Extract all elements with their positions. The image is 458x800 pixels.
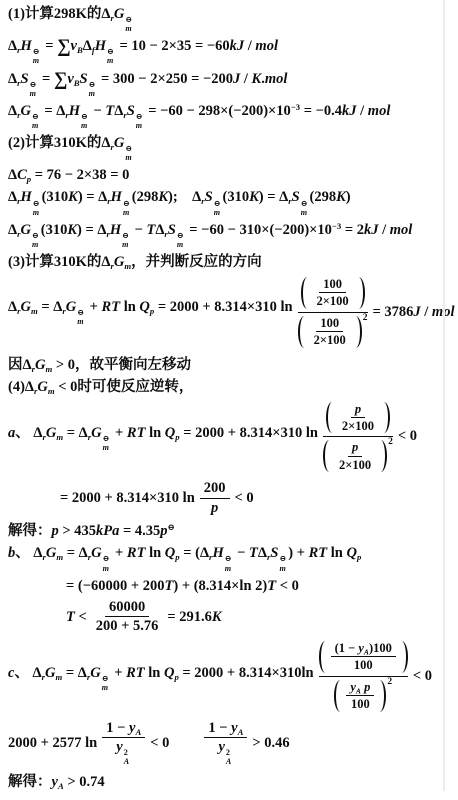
step4-heading: (4)ΔrGm < 0时可使反应逆转， [8,378,452,396]
fraction-bar [298,312,368,313]
right-paren [377,680,386,712]
exponent: 2 [363,313,368,323]
fraction-numerator: 1002×100 [301,277,365,309]
equation-lhs: ΔrGm = ΔrG⊖m + RT ln Qp = 2000 + 8.314×3… [8,299,293,326]
solution-document: (1)计算298K的ΔrG⊖m ΔrH⊖m = ∑νBΔfH⊖m = 10 − … [0,0,458,791]
step2-heading: (2)计算310K的ΔrG⊖m [8,134,452,162]
right-paren [353,316,362,348]
right-paren [399,641,408,673]
equation-rhs: < 0 [413,668,432,685]
eq-case-a-simplified: = 2000 + 8.314×310 ln 200p < 0 [60,480,452,516]
left-paren [326,402,335,434]
eq-gibbs-reaction-310: ΔrGm = ΔrG⊖m + RT ln Qp = 2000 + 8.314×3… [8,277,452,348]
equation-rhs: < 0 [398,428,417,445]
conclusion-equilibrium-shift: 因ΔrGm > 0，故平衡向左移动 [8,356,452,374]
equation-lhs: a、 ΔrGm = ΔrG⊖m + RT ln Qp = 2000 + 8.31… [8,421,318,452]
heading-text: (3)计算310K的ΔrGm，并判断反应的方向 [8,253,262,271]
fraction-denominator: yA p1002 [334,680,392,712]
eq-case-c-simplified: 2000 + 2577 ln 1 − yAy2A < 0 1 − yAy2A >… [8,720,452,767]
equation-text: ΔrS⊖m = ∑νBS⊖m = 300 − 2×250 = −200J / K… [8,70,287,98]
q-ratio-fraction: p2×100 p2×1002 [323,402,393,473]
right-paren [378,440,387,472]
equation-lhs: c、 ΔrGm = ΔrG⊖m + RT ln Qp = 2000 + 8.31… [8,661,314,692]
fraction-bar [319,676,408,677]
step3-heading: (3)计算310K的ΔrGm，并判断反应的方向 [8,253,452,271]
heading-text: (1)计算298K的ΔrG⊖m [8,5,134,33]
q-ratio-fraction: (1 − yA)100100 yA p1002 [319,641,408,712]
fraction-denominator: 1002×1002 [298,316,368,348]
heading-text: (2)计算310K的ΔrG⊖m [8,134,134,162]
case-a-solution: 解得：p > 435kPa = 4.35p⊖ [8,522,452,540]
eq-case-c: c、 ΔrGm = ΔrG⊖m + RT ln Qp = 2000 + 8.31… [8,641,452,712]
step1-heading: (1)计算298K的ΔrG⊖m [8,5,452,33]
inline-fraction: 60000200 + 5.76 [92,599,163,635]
equation-text: ΔrH⊖m = ∑νBΔfH⊖m = 10 − 2×35 = −60kJ / m… [8,37,278,65]
eq-case-b: b、 ΔrGm = ΔrG⊖m + RT ln Qp = (ΔrH⊖m − TΔ… [8,544,452,572]
inline-fraction: 200p [200,480,230,516]
eq-gibbs-298: ΔrG⊖m = ΔrH⊖m − TΔrS⊖m = −60 − 298×(−200… [8,102,452,130]
exponent: 2 [388,437,393,447]
eq-case-b-temperature: T < 60000200 + 5.76 = 291.6K [66,599,452,635]
left-paren [301,277,310,309]
fraction-numerator: (1 − yA)100100 [319,641,408,673]
fraction-denominator: p2×1002 [323,440,393,472]
left-paren [319,641,328,673]
fraction-bar [323,436,393,437]
eq-case-a: a、 ΔrGm = ΔrG⊖m + RT ln Qp = 2000 + 8.31… [8,402,452,473]
equation-text: ΔrH⊖m(310K) = ΔrH⊖m(298K); ΔrS⊖m(310K) =… [8,188,351,216]
fraction-numerator: p2×100 [326,402,390,434]
eq-gibbs-310: ΔrG⊖m(310K) = ΔrH⊖m − TΔrS⊖m = −60 − 310… [8,221,452,249]
equation-text: ΔrG⊖m = ΔrH⊖m − TΔrS⊖m = −60 − 298×(−200… [8,102,390,130]
equation-text: ΔrG⊖m(310K) = ΔrH⊖m − TΔrS⊖m = −60 − 310… [8,221,412,249]
right-paren [356,277,365,309]
equation-rhs: = 3786J / mol > 0 [373,304,458,321]
left-paren [334,680,343,712]
left-paren [298,316,307,348]
case-c-solution: 解得：yA > 0.74 [8,773,452,791]
eq-case-b-expanded: = (−60000 + 200T) + (8.314×ln 2)T < 0 [66,577,452,595]
left-paren [323,440,332,472]
inline-fraction: 1 − yAy2A [102,720,145,767]
eq-delta-cp: ΔCp = 76 − 2×38 = 0 [8,166,452,184]
exponent: 2 [387,677,392,687]
equation-text: ΔCp = 76 − 2×38 = 0 [8,166,129,184]
eq-entropy-298: ΔrS⊖m = ∑νBS⊖m = 300 − 2×250 = −200J / K… [8,70,452,98]
inline-fraction: 1 − yAy2A [204,720,247,767]
eq-enthalpy-298: ΔrH⊖m = ∑νBΔfH⊖m = 10 − 2×35 = −60kJ / m… [8,37,452,65]
eq-kirchhoff: ΔrH⊖m(310K) = ΔrH⊖m(298K); ΔrS⊖m(310K) =… [8,188,452,216]
right-paren [381,402,390,434]
scan-edge-artifact [443,0,445,791]
q-ratio-fraction: 1002×100 1002×1002 [298,277,368,348]
